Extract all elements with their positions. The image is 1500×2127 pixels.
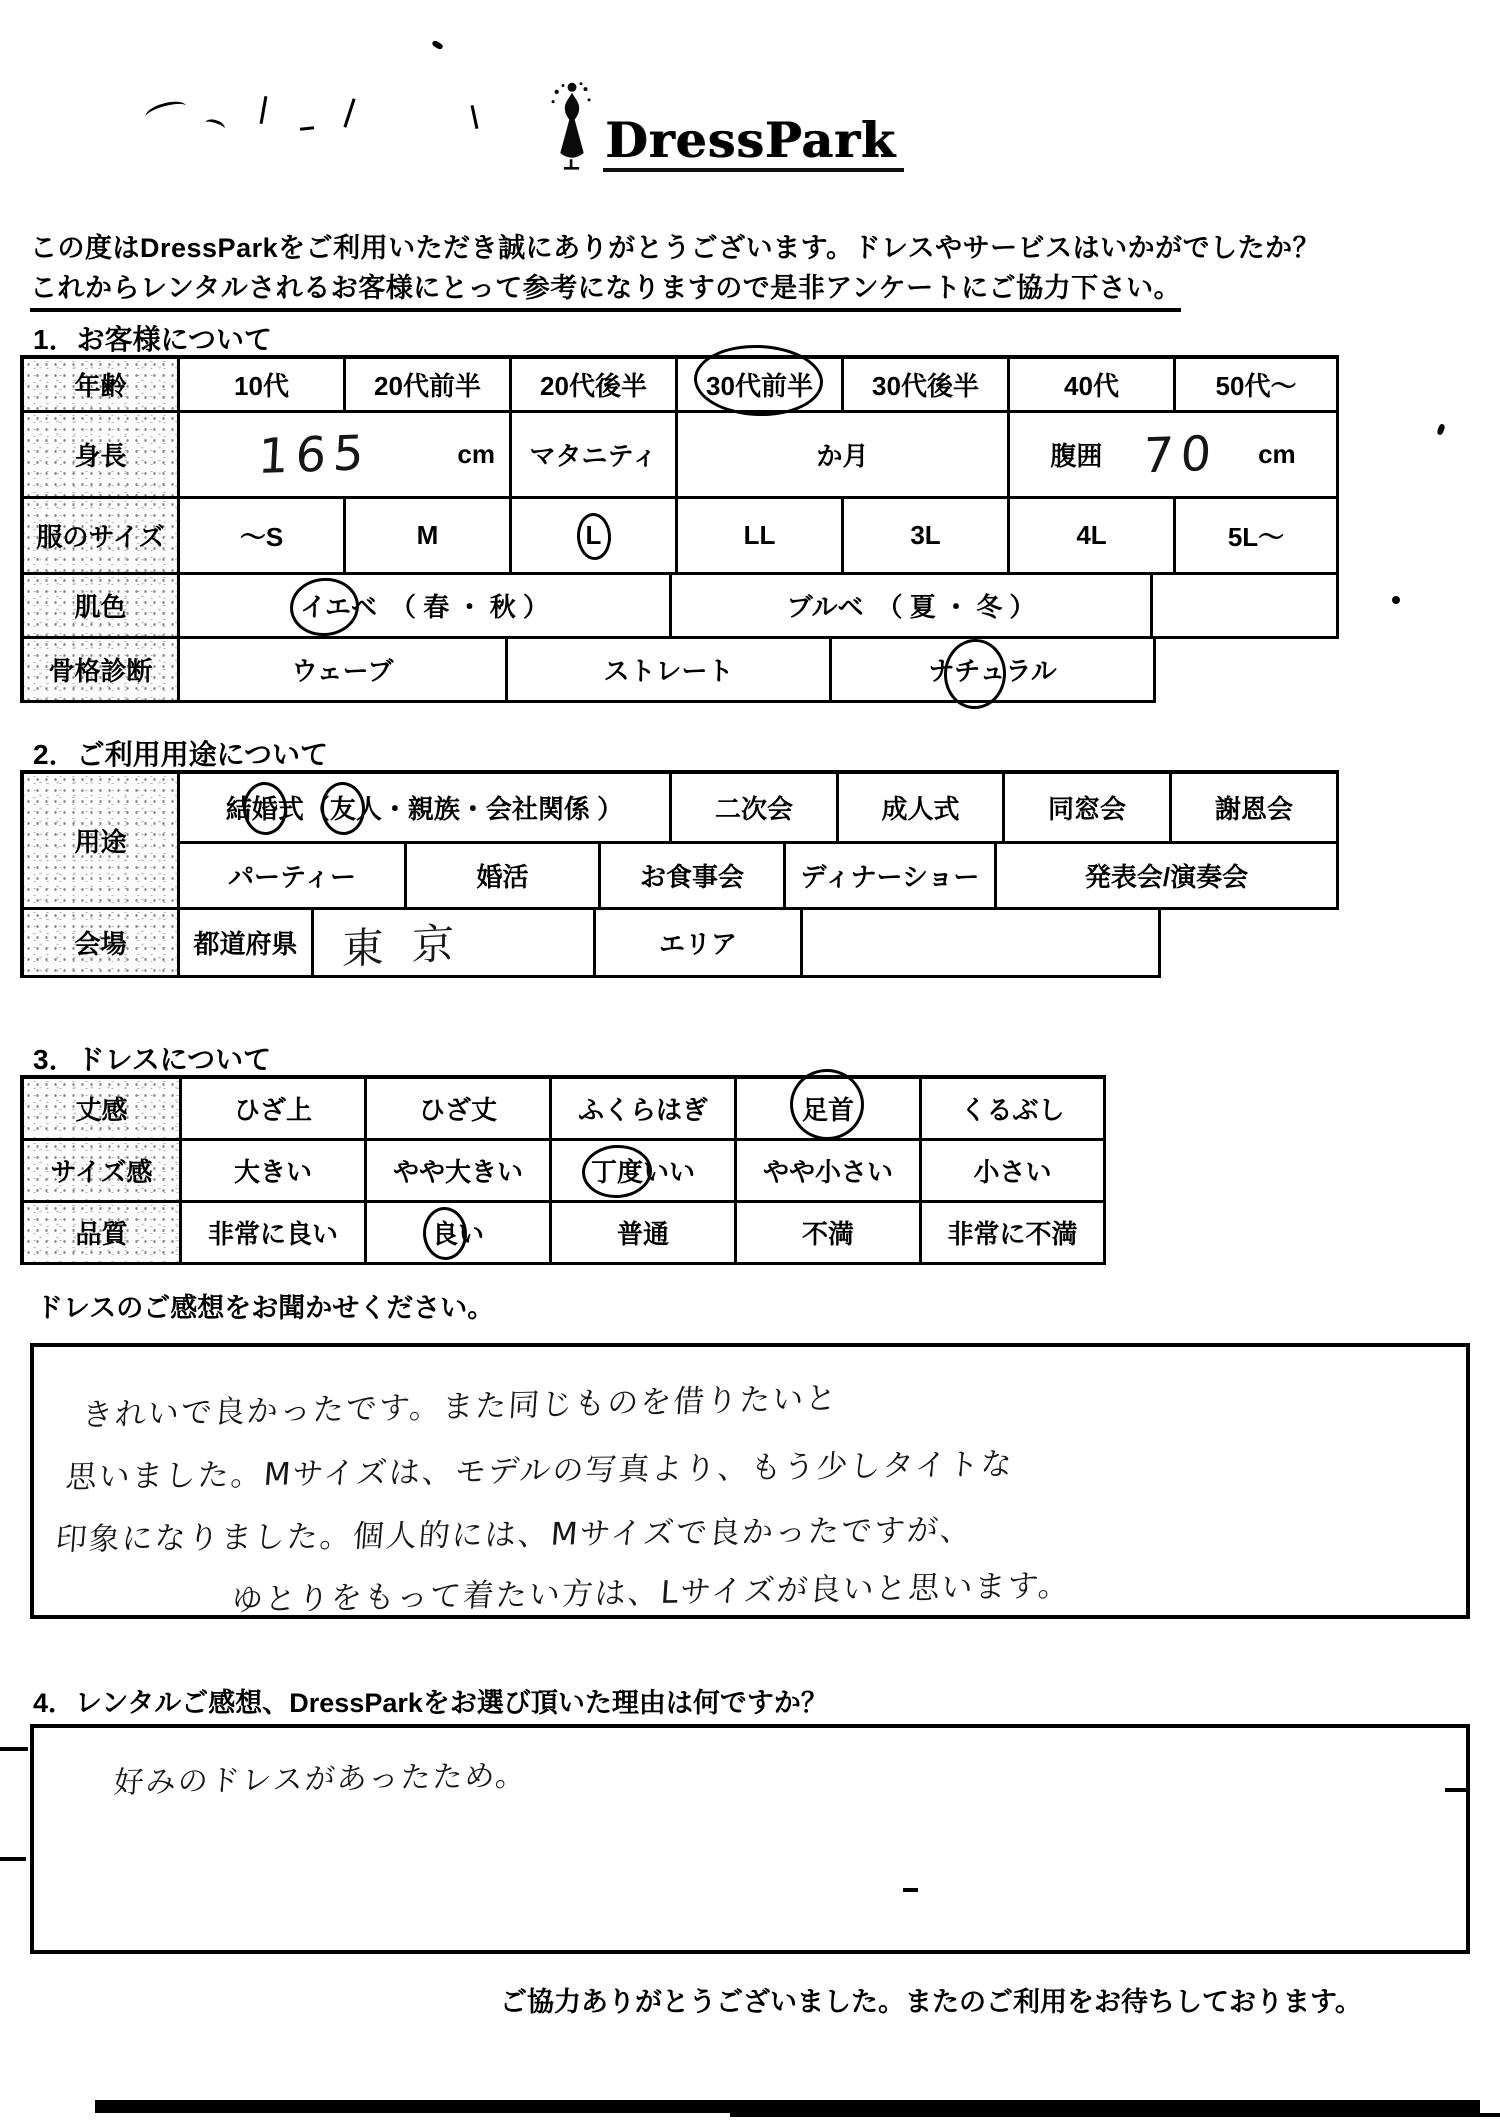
cell-text: 成人式 bbox=[881, 789, 959, 826]
dress-cell-r2-c2: 大きい bbox=[182, 1141, 367, 1203]
cell-text: くるぶし bbox=[960, 1090, 1064, 1127]
cell-text: 発表会/演奏会 bbox=[1085, 857, 1248, 894]
cell-text: 骨格診断 bbox=[48, 651, 152, 688]
cell-text: 婚 bbox=[252, 789, 278, 826]
customer-cell-r3-c8: 5L～ bbox=[1176, 499, 1339, 575]
cell-text: 品質 bbox=[75, 1214, 127, 1251]
cell-text: マタニティ bbox=[530, 436, 658, 473]
intro-line-1: この度はDressParkをご利用いただき誠にありがとうございます。ドレスやサー… bbox=[30, 226, 1320, 265]
intro-line-2: これからレンタルされるお客様にとって参考になりますので是非アンケートにご協力下さ… bbox=[30, 266, 1181, 312]
dress-cell-r1-c6: くるぶし bbox=[922, 1079, 1106, 1141]
cell-text: 式（ bbox=[278, 789, 330, 826]
cell-text: か月 bbox=[816, 436, 868, 473]
usage-label-cell: 用途 bbox=[24, 774, 180, 910]
cell-text: ひざ丈 bbox=[419, 1090, 497, 1127]
customer-cell-r1-c2: 10代 bbox=[180, 359, 346, 413]
customer-cell-r2-c3: マタニティ bbox=[512, 413, 678, 499]
cell-text: 腹囲 bbox=[1050, 436, 1102, 473]
customer-cell-r4-c3: ブルベ （ 夏 ・ 冬 ） bbox=[672, 575, 1153, 639]
cell-text: イエベ bbox=[300, 587, 377, 624]
cell-text: お食事会 bbox=[640, 857, 744, 894]
scan-edge-bar bbox=[95, 2100, 1480, 2113]
customer-cell-r5-c2: ウェーブ bbox=[180, 639, 508, 703]
usage-venue-cell-r1-c4: エリア bbox=[596, 910, 803, 978]
cell-text: 丈感 bbox=[75, 1090, 127, 1127]
dress-cell-r3-c3: 良い bbox=[367, 1203, 552, 1265]
customer-cell-r2-c4: か月 bbox=[678, 413, 1010, 499]
customer-cell-r1-c8: 50代～ bbox=[1176, 359, 1339, 413]
customer-row-1: 年齢10代20代前半20代後半30代前半30代後半40代50代～ bbox=[24, 359, 1339, 413]
customer-cell-r3-c4: L bbox=[512, 499, 678, 575]
cell-text: エリア bbox=[659, 924, 737, 961]
scanned-survey-document: DressPark この度はDressParkをご利用いただき誠にありがとうござ… bbox=[0, 0, 1500, 2127]
usage-cell-r1-c1: 結婚式（ 友人・親族・会社関係 ） bbox=[180, 774, 672, 844]
cell-text: 非常に不満 bbox=[947, 1214, 1077, 1251]
cell-text: 普通 bbox=[617, 1214, 669, 1251]
customer-cell-r1-c6: 30代後半 bbox=[844, 359, 1010, 413]
cell-text: やや大きい bbox=[393, 1152, 523, 1189]
customer-table: 年齢10代20代前半20代後半30代前半30代後半40代50代～身長165cmマ… bbox=[20, 355, 1339, 703]
cell-text: 良 bbox=[432, 1214, 458, 1251]
usage-cell-r2-c5: 発表会/演奏会 bbox=[997, 844, 1339, 910]
cell-text: ストレート bbox=[603, 651, 733, 688]
usage-row-1: 結婚式（ 友人・親族・会社関係 ）二次会成人式同窓会謝恩会 bbox=[180, 774, 1339, 844]
dress-cell-r2-c6: 小さい bbox=[922, 1141, 1106, 1203]
cell-text: 二次会 bbox=[715, 789, 793, 826]
feedback-box: きれいで良かったです。また同じものを借りたいと 思いました。Mサイズは、モデルの… bbox=[30, 1343, 1470, 1619]
customer-cell-r1-c5: 30代前半 bbox=[678, 359, 844, 413]
customer-cell-r5-c1: 骨格診断 bbox=[24, 639, 180, 703]
dress-cell-r3-c6: 非常に不満 bbox=[922, 1203, 1106, 1265]
usage-cell-r2-c4: ディナーショー bbox=[786, 844, 997, 910]
dress-cell-r2-c4: 丁度いい bbox=[552, 1141, 737, 1203]
cell-text: 肌色 bbox=[74, 587, 126, 624]
scan-artifact bbox=[0, 1857, 26, 1861]
cell-text: （ 夏 ・ 冬 ） bbox=[864, 587, 1036, 624]
usage-purpose-group: 用途結婚式（ 友人・親族・会社関係 ）二次会成人式同窓会謝恩会パーティー婚活お食… bbox=[24, 774, 1339, 910]
usage-cell-r2-c1: パーティー bbox=[180, 844, 407, 910]
dress-cell-r2-c1: サイズ感 bbox=[24, 1141, 182, 1203]
customer-row-5: 骨格診断ウェーブストレートナチュラル bbox=[24, 639, 1339, 703]
cell-text: ディナーショー bbox=[801, 857, 980, 894]
cell-text: 小さい bbox=[973, 1152, 1051, 1189]
cell-text: パーティー bbox=[228, 857, 356, 894]
customer-cell-r3-c5: LL bbox=[678, 499, 844, 575]
cell-text: 大きい bbox=[234, 1152, 312, 1189]
cell-text: cm bbox=[457, 439, 495, 470]
feedback-handwritten-line: 思いました。Mサイズは、モデルの写真より、もう少しタイトな bbox=[64, 1438, 1015, 1496]
scan-artifact bbox=[260, 96, 268, 124]
cell-text: やや小さい bbox=[763, 1152, 893, 1189]
scan-artifact bbox=[144, 98, 189, 125]
cell-text: 20代後半 bbox=[540, 366, 647, 403]
scan-artifact bbox=[431, 40, 444, 51]
usage-cell-r1-c5: 謝恩会 bbox=[1172, 774, 1339, 844]
cell-text: 20代前半 bbox=[374, 366, 481, 403]
dress-cell-r1-c1: 丈感 bbox=[24, 1079, 182, 1141]
scan-artifact bbox=[0, 1747, 28, 1751]
cell-text: ふくらはぎ bbox=[578, 1090, 708, 1127]
cell-text: 謝恩会 bbox=[1215, 789, 1293, 826]
cell-text: 3L bbox=[910, 520, 940, 551]
customer-cell-r4-c2: イエベ （ 春 ・ 秋 ） bbox=[180, 575, 672, 639]
cell-text: L bbox=[586, 520, 602, 551]
cell-text: 不満 bbox=[802, 1214, 854, 1251]
usage-cell-r2-c2: 婚活 bbox=[407, 844, 601, 910]
scan-artifact bbox=[300, 126, 314, 130]
feedback-handwritten-line: 印象になりました。個人的には、Mサイズで良かったですが、 bbox=[54, 1504, 975, 1559]
scan-edge-bar bbox=[730, 2113, 1500, 2117]
usage-table: 用途結婚式（ 友人・親族・会社関係 ）二次会成人式同窓会謝恩会パーティー婚活お食… bbox=[20, 770, 1339, 978]
usage-venue-cell-r1-c2: 都道府県 bbox=[180, 910, 314, 978]
customer-cell-r4-c1: 肌色 bbox=[24, 575, 180, 639]
cell-text: 服のサイズ bbox=[37, 517, 165, 554]
usage-cell-r1-c2: 二次会 bbox=[672, 774, 839, 844]
feedback-prompt: ドレスのご感想をお聞かせください。 bbox=[36, 1286, 494, 1325]
cell-text: 30代前半 bbox=[706, 366, 813, 403]
customer-cell-r1-c7: 40代 bbox=[1010, 359, 1176, 413]
dress-cell-r3-c5: 不満 bbox=[737, 1203, 922, 1265]
cell-text: ひざ上 bbox=[234, 1090, 312, 1127]
cell-text: 会場 bbox=[74, 924, 126, 961]
usage-venue-cell-r1-c5 bbox=[803, 910, 1161, 978]
cell-text: い bbox=[458, 1214, 484, 1251]
cell-text: 都道府県 bbox=[193, 924, 297, 961]
dress-cell-r1-c3: ひざ丈 bbox=[367, 1079, 552, 1141]
customer-cell-r3-c3: M bbox=[346, 499, 512, 575]
scan-artifact bbox=[343, 98, 355, 127]
cell-text: 40代 bbox=[1064, 366, 1119, 403]
handwritten-value: 70 bbox=[1141, 425, 1219, 484]
customer-cell-r5-c3: ストレート bbox=[508, 639, 832, 703]
section2-title: 2．ご利用用途について bbox=[33, 733, 328, 773]
cell-text: （ 春 ・ 秋 ） bbox=[377, 587, 549, 624]
scan-artifact bbox=[1466, 1788, 1469, 1814]
customer-row-3: 服のサイズ～SMLLL3L4L5L～ bbox=[24, 499, 1339, 575]
customer-cell-r5-c4: ナチュラル bbox=[832, 639, 1156, 703]
cell-text: 人・親族・会社関係 ） bbox=[356, 789, 623, 826]
customer-cell-r4-c4 bbox=[1153, 575, 1339, 639]
dress-cell-r2-c3: やや大きい bbox=[367, 1141, 552, 1203]
customer-cell-r3-c6: 3L bbox=[844, 499, 1010, 575]
cell-text: 丁度 bbox=[591, 1152, 643, 1189]
dress-cell-r1-c2: ひざ上 bbox=[182, 1079, 367, 1141]
cell-text: 4L bbox=[1076, 520, 1106, 551]
cell-text: ～S bbox=[240, 517, 283, 554]
cell-text: サイズ感 bbox=[51, 1152, 153, 1189]
cell-text: 同窓会 bbox=[1048, 789, 1126, 826]
dress-cell-r3-c1: 品質 bbox=[24, 1203, 182, 1265]
dress-row-3: 品質非常に良い良い普通不満非常に不満 bbox=[24, 1203, 1106, 1265]
usage-row-2: パーティー婚活お食事会ディナーショー発表会/演奏会 bbox=[180, 844, 1339, 910]
dress-cell-r3-c2: 非常に良い bbox=[182, 1203, 367, 1265]
cell-text: 用途 bbox=[74, 822, 126, 859]
cell-text: LL bbox=[744, 520, 776, 551]
dress-table: 丈感ひざ上ひざ丈ふくらはぎ足首くるぶしサイズ感大きいやや大きい丁度いいやや小さい… bbox=[20, 1075, 1106, 1265]
scan-artifact bbox=[471, 105, 479, 129]
cell-text: cm bbox=[1258, 439, 1296, 470]
dress-cell-r1-c4: ふくらはぎ bbox=[552, 1079, 737, 1141]
customer-cell-r1-c1: 年齢 bbox=[24, 359, 180, 413]
cell-text: ナチュラル bbox=[928, 651, 1056, 688]
cell-text: 婚活 bbox=[476, 857, 528, 894]
customer-cell-r3-c2: ～S bbox=[180, 499, 346, 575]
dress-mannequin-icon bbox=[545, 80, 599, 172]
customer-cell-r2-c5: 腹囲70cm bbox=[1010, 413, 1339, 499]
customer-cell-r1-c3: 20代前半 bbox=[346, 359, 512, 413]
cell-text: 50代～ bbox=[1216, 366, 1297, 403]
usage-cell-r2-c3: お食事会 bbox=[601, 844, 786, 910]
cell-text: 5L～ bbox=[1228, 517, 1284, 554]
cell-text: 結 bbox=[226, 789, 252, 826]
section1-title: 1．お客様について bbox=[33, 318, 272, 358]
scan-artifact bbox=[204, 117, 226, 134]
usage-venue-row-1: 会場都道府県東京エリア bbox=[24, 910, 1339, 978]
cell-text: 年齢 bbox=[74, 366, 126, 403]
customer-row-2: 身長165cmマタニティか月腹囲70cm bbox=[24, 413, 1339, 499]
customer-cell-r3-c1: 服のサイズ bbox=[24, 499, 180, 575]
handwritten-value: 東京 bbox=[342, 909, 483, 976]
usage-cell-r1-c3: 成人式 bbox=[839, 774, 1005, 844]
cell-text: 10代 bbox=[234, 366, 289, 403]
handwritten-value: 165 bbox=[257, 424, 372, 484]
dress-cell-r3-c4: 普通 bbox=[552, 1203, 737, 1265]
cell-text: 足首 bbox=[802, 1090, 854, 1127]
cell-text: いい bbox=[643, 1152, 695, 1189]
footer-text: ご協力ありがとうございました。またのご利用をお待ちしております。 bbox=[500, 1980, 1362, 2019]
cell-text: ウェーブ bbox=[292, 651, 394, 688]
scan-artifact bbox=[1436, 423, 1445, 435]
feedback-handwritten-line: ゆとりをもって着たい方は、Lサイズが良いと思います。 bbox=[230, 1560, 1072, 1620]
feedback-handwritten-line: きれいで良かったです。また同じものを借りたいと bbox=[81, 1372, 840, 1434]
logo-text: DressPark bbox=[603, 115, 904, 172]
dress-row-2: サイズ感大きいやや大きい丁度いいやや小さい小さい bbox=[24, 1141, 1106, 1203]
customer-cell-r1-c4: 20代後半 bbox=[512, 359, 678, 413]
customer-cell-r2-c2: 165cm bbox=[180, 413, 512, 499]
scan-artifact bbox=[1392, 596, 1400, 604]
cell-text: 30代後半 bbox=[872, 366, 979, 403]
cell-text: 非常に良い bbox=[208, 1214, 338, 1251]
usage-venue-cell-r1-c3: 東京 bbox=[314, 910, 596, 978]
reason-box: 好みのドレスがあったため。 bbox=[30, 1724, 1470, 1954]
customer-cell-r3-c7: 4L bbox=[1010, 499, 1176, 575]
dress-cell-r2-c5: やや小さい bbox=[737, 1141, 922, 1203]
section3-title: 3．ドレスについて bbox=[33, 1038, 271, 1078]
dress-row-1: 丈感ひざ上ひざ丈ふくらはぎ足首くるぶし bbox=[24, 1079, 1106, 1141]
logo: DressPark bbox=[545, 80, 904, 172]
reason-handwritten-line: 好みのドレスがあったため。 bbox=[112, 1750, 529, 1801]
section4-title: 4．レンタルご感想、DressParkをお選び頂いた理由は何ですか？ bbox=[33, 1681, 828, 1720]
cell-text: 友 bbox=[330, 789, 356, 826]
cell-text: M bbox=[417, 520, 439, 551]
customer-cell-r2-c1: 身長 bbox=[24, 413, 180, 499]
usage-cell-r1-c4: 同窓会 bbox=[1005, 774, 1172, 844]
customer-row-4: 肌色イエベ （ 春 ・ 秋 ）ブルベ （ 夏 ・ 冬 ） bbox=[24, 575, 1339, 639]
usage-venue-cell-r1-c1: 会場 bbox=[24, 910, 180, 978]
cell-text: ブルベ bbox=[787, 587, 864, 624]
dress-cell-r1-c5: 足首 bbox=[737, 1079, 922, 1141]
cell-text: 身長 bbox=[74, 436, 126, 473]
